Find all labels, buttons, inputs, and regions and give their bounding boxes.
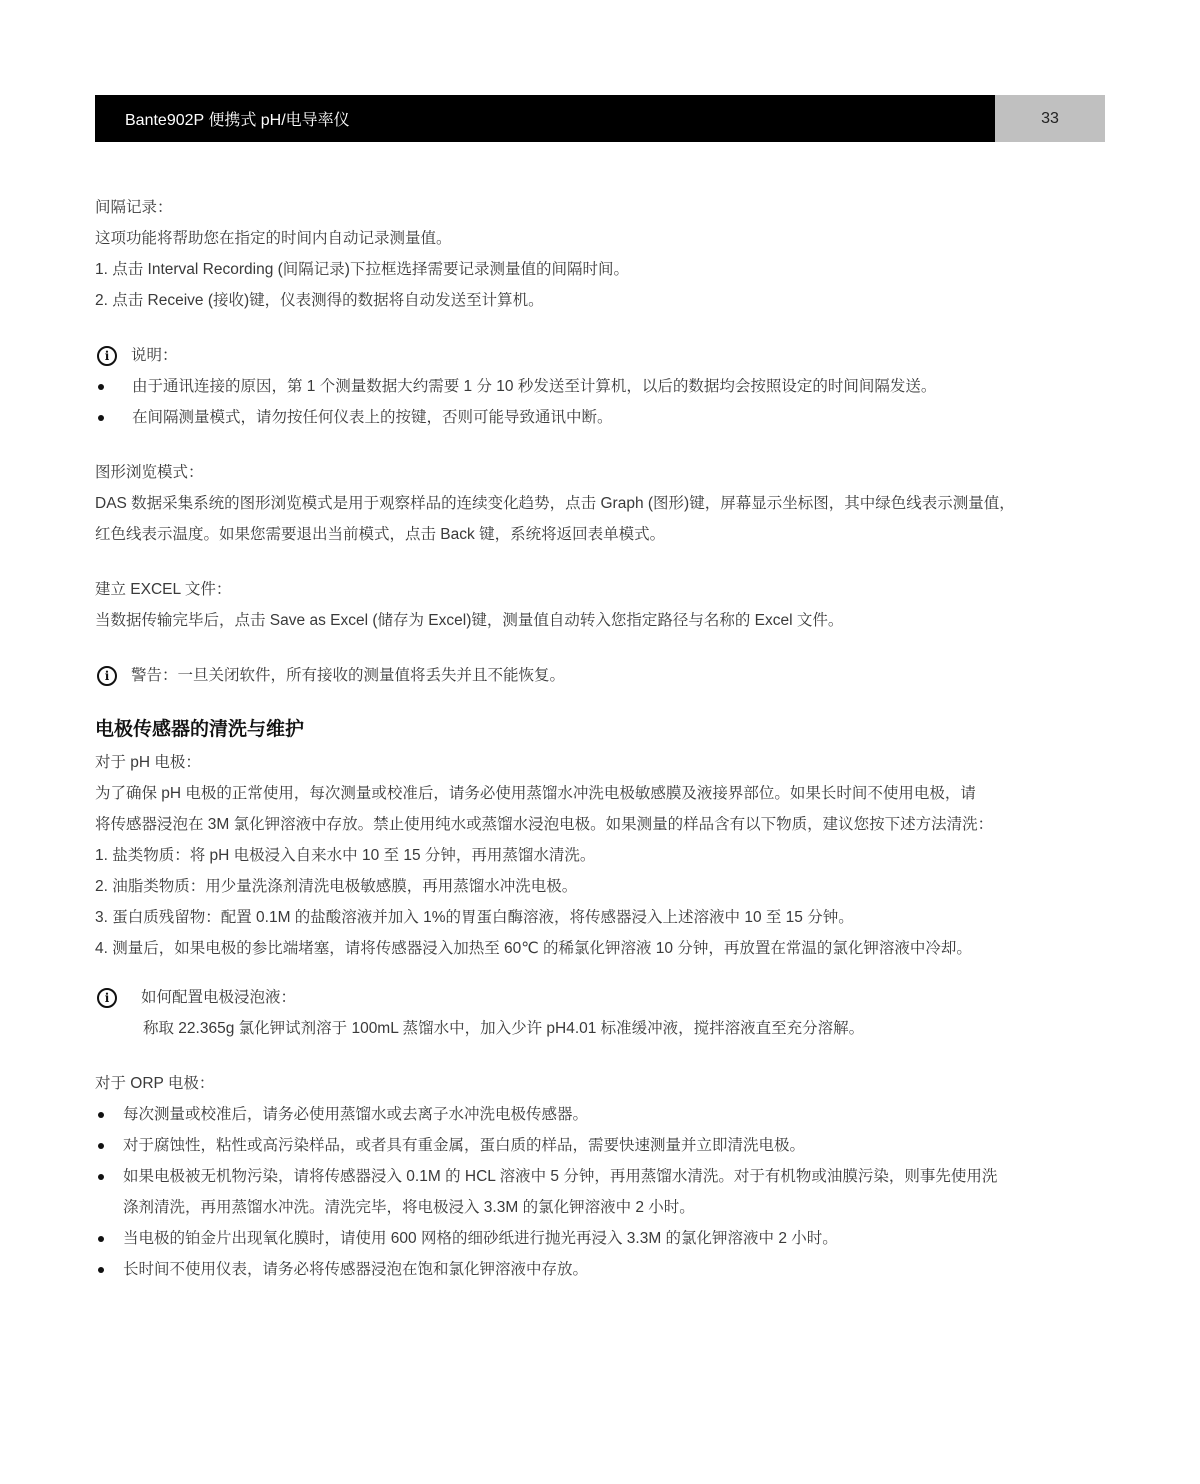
orp-bullet-continuation: 涤剂清洗，再用蒸馏水冲洗。清洗完毕，将电极浸入 3.3M 的氯化钾溶液中 2 小… bbox=[95, 1192, 1110, 1223]
ph-step: 3. 蛋白质残留物：配置 0.1M 的盐酸溶液并加入 1%的胃蛋白酶溶液，将传感… bbox=[95, 902, 1110, 933]
interval-step: 1. 点击 Interval Recording (间隔记录)下拉框选择需要记录… bbox=[95, 254, 1110, 285]
info-icon: i bbox=[97, 666, 117, 686]
note-bullet: 在间隔测量模式，请勿按任何仪表上的按键，否则可能导致通讯中断。 bbox=[95, 402, 1110, 433]
ph-step: 1. 盐类物质：将 pH 电极浸入自来水中 10 至 15 分钟，再用蒸馏水清洗… bbox=[95, 840, 1110, 871]
ph-step: 4. 测量后，如果电极的参比端堵塞，请将传感器浸入加热至 60℃ 的稀氯化钾溶液… bbox=[95, 933, 1110, 964]
graph-mode-heading: 图形浏览模式： bbox=[95, 457, 1110, 488]
soak-note-heading: i如何配置电极浸泡液： bbox=[95, 982, 1110, 1013]
ph-text: 将传感器浸泡在 3M 氯化钾溶液中存放。禁止使用纯水或蒸馏水浸泡电极。如果测量的… bbox=[95, 809, 1110, 840]
ph-heading: 对于 pH 电极： bbox=[95, 747, 1110, 778]
page-body: 间隔记录： 这项功能将帮助您在指定的时间内自动记录测量值。 1. 点击 Inte… bbox=[95, 192, 1110, 1285]
interval-recording-heading: 间隔记录： bbox=[95, 192, 1110, 223]
interval-recording-intro: 这项功能将帮助您在指定的时间内自动记录测量值。 bbox=[95, 223, 1110, 254]
warning-line: i警告：一旦关闭软件，所有接收的测量值将丢失并且不能恢复。 bbox=[95, 660, 1110, 691]
info-icon: i bbox=[97, 988, 117, 1008]
orp-bullet: 对于腐蚀性，粘性或高污染样品，或者具有重金属，蛋白质的样品，需要快速测量并立即清… bbox=[95, 1130, 1110, 1161]
orp-bullet: 长时间不使用仪表，请务必将传感器浸泡在饱和氯化钾溶液中存放。 bbox=[95, 1254, 1110, 1285]
soak-note-text: 称取 22.365g 氯化钾试剂溶于 100mL 蒸馏水中，加入少许 pH4.0… bbox=[95, 1013, 1110, 1044]
excel-heading: 建立 EXCEL 文件： bbox=[95, 574, 1110, 605]
graph-mode-text: DAS 数据采集系统的图形浏览模式是用于观察样品的连续变化趋势，点击 Graph… bbox=[95, 488, 1110, 519]
orp-bullet: 每次测量或校准后，请务必使用蒸馏水或去离子水冲洗电极传感器。 bbox=[95, 1099, 1110, 1130]
warning-text: 警告：一旦关闭软件，所有接收的测量值将丢失并且不能恢复。 bbox=[131, 667, 565, 684]
excel-text: 当数据传输完毕后，点击 Save as Excel (储存为 Excel)键，测… bbox=[95, 605, 1110, 636]
header-title: Bante902P 便携式 pH/电导率仪 bbox=[95, 95, 995, 142]
orp-bullet: 当电极的铂金片出现氧化膜时，请使用 600 网格的细砂纸进行抛光再浸入 3.3M… bbox=[95, 1223, 1110, 1254]
graph-mode-text: 红色线表示温度。如果您需要退出当前模式，点击 Back 键，系统将返回表单模式。 bbox=[95, 519, 1110, 550]
note-bullet: 由于通讯连接的原因，第 1 个测量数据大约需要 1 分 10 秒发送至计算机，以… bbox=[95, 371, 1110, 402]
ph-step: 2. 油脂类物质：用少量洗涤剂清洗电极敏感膜，再用蒸馏水冲洗电极。 bbox=[95, 871, 1110, 902]
ph-text: 为了确保 pH 电极的正常使用，每次测量或校准后，请务必使用蒸馏水冲洗电极敏感膜… bbox=[95, 778, 1110, 809]
note-label: 说明： bbox=[131, 347, 178, 364]
info-icon: i bbox=[97, 346, 117, 366]
interval-step: 2. 点击 Receive (接收)键，仪表测得的数据将自动发送至计算机。 bbox=[95, 285, 1110, 316]
section-title: 电极传感器的清洗与维护 bbox=[95, 713, 1110, 747]
note-heading: i说明： bbox=[95, 340, 1110, 371]
orp-bullet: 如果电极被无机物污染，请将传感器浸入 0.1M 的 HCL 溶液中 5 分钟，再… bbox=[95, 1161, 1110, 1192]
orp-heading: 对于 ORP 电极： bbox=[95, 1068, 1110, 1099]
page-header: Bante902P 便携式 pH/电导率仪 33 bbox=[95, 95, 1105, 142]
page-number: 33 bbox=[995, 95, 1105, 142]
soak-note-label: 如何配置电极浸泡液： bbox=[141, 989, 296, 1006]
